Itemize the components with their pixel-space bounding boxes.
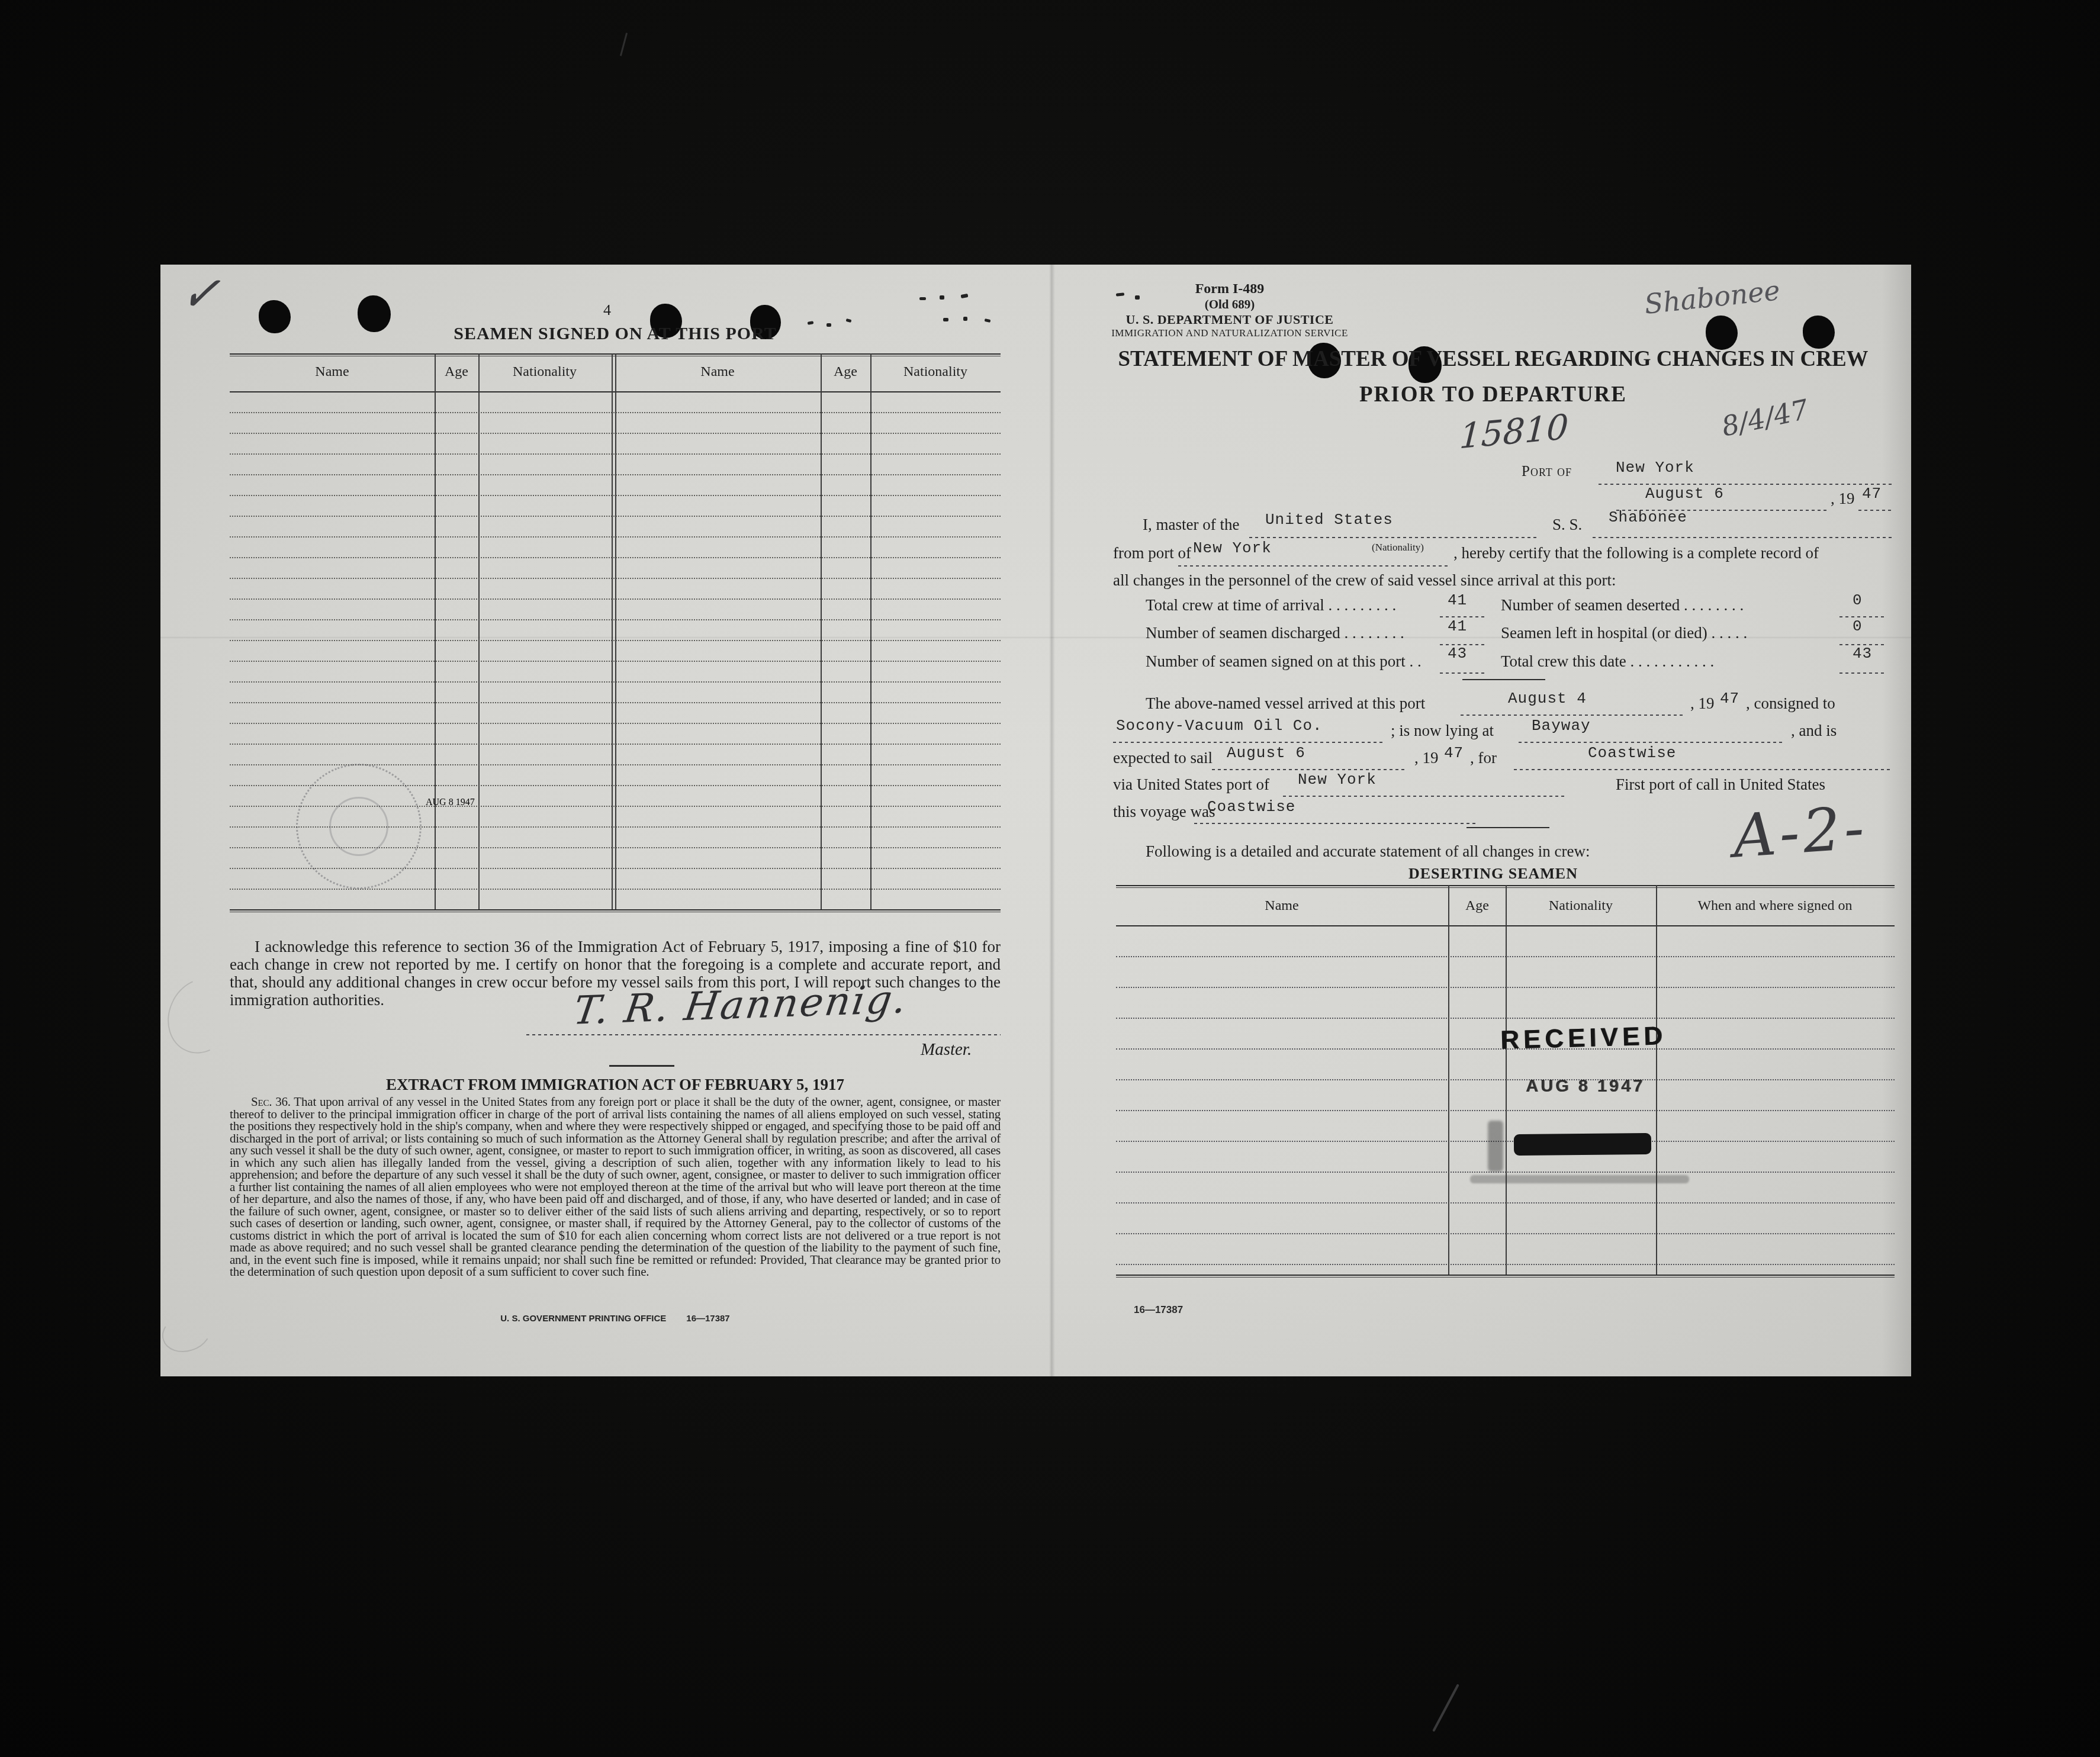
form-old-number: (Old 689) <box>1088 297 1372 312</box>
stat-label: Seamen left in hospital (or died) . . . … <box>1501 624 1747 642</box>
service-name: IMMIGRATION AND NATURALIZATION SERVICE <box>1088 327 1372 339</box>
column-header-name: Name <box>315 364 349 380</box>
column-divider <box>1448 885 1449 1276</box>
port-of-label: Port of <box>1522 464 1572 480</box>
section-divider <box>1462 679 1545 682</box>
ink-mark <box>919 297 926 300</box>
stat-line <box>1440 672 1487 674</box>
stat-value: 41 <box>1448 617 1467 635</box>
sail-destination-line <box>1514 769 1893 770</box>
ink-mark <box>985 318 991 323</box>
column-header-name: Name <box>1265 898 1298 914</box>
sail-for-label: , for <box>1470 749 1497 767</box>
form-number: Form I-489 <box>1088 281 1372 297</box>
consignee-value: Socony-Vacuum Oil Co. <box>1116 717 1323 735</box>
following-statement: Following is a detailed and accurate sta… <box>1146 842 1590 861</box>
arrived-date-line <box>1461 715 1686 716</box>
statement-title-line1: STATEMENT OF MASTER OF VESSEL REGARDING … <box>1088 346 1899 372</box>
master-role-label: Master. <box>921 1040 972 1060</box>
faded-stamp-line <box>1470 1175 1689 1183</box>
form-header-block: Form I-489 (Old 689) U. S. DEPARTMENT OF… <box>1088 281 1372 339</box>
pencil-checkmark: ✓ <box>178 258 224 328</box>
ink-mark <box>961 294 969 298</box>
right-page: Form I-489 (Old 689) U. S. DEPARTMENT OF… <box>1052 265 1911 1376</box>
stat-label: Number of seamen deserted . . . . . . . … <box>1501 596 1744 614</box>
section-divider <box>609 1065 674 1067</box>
nationality-line <box>1249 537 1539 538</box>
pencil-ship-name: Shabonee <box>1643 274 1781 320</box>
column-divider <box>1506 885 1507 1276</box>
column-header-signed-on: When and where signed on <box>1697 898 1852 914</box>
sail-destination: Coastwise <box>1588 744 1676 762</box>
master-label: I, master of the <box>1143 516 1239 534</box>
column-divider <box>435 353 436 910</box>
sail-label: expected to sail <box>1113 749 1213 767</box>
stat-value: 43 <box>1448 645 1467 662</box>
stat-value: 0 <box>1853 591 1863 609</box>
gpo-footer: U. S. GOVERNMENT PRINTING OFFICE 16—1738… <box>230 1314 1001 1324</box>
column-divider <box>821 353 822 910</box>
stat-value: 41 <box>1448 591 1467 609</box>
deserting-seamen-table: Name Age Nationality When and where sign… <box>1116 885 1895 1299</box>
table-bottom-rule <box>230 909 1001 912</box>
ss-value: Shabonee <box>1609 509 1687 526</box>
stat-line <box>1839 616 1887 617</box>
port-of-line <box>1599 484 1895 485</box>
nationality-caption: (Nationality) <box>1372 542 1424 554</box>
punch-hole <box>1803 316 1835 349</box>
stat-label: Number of seamen signed on at this port … <box>1146 652 1422 671</box>
consigned-label: , consigned to <box>1746 694 1835 713</box>
page-edge-shading <box>1882 265 1911 1376</box>
circular-stamp-inner <box>329 797 388 856</box>
from-port-line <box>1178 565 1451 567</box>
ink-mark <box>963 317 967 321</box>
left-page: ✓ 4 SEAMEN SIGNED ON AT THIS PORT Name <box>160 265 1052 1376</box>
redaction-bar <box>1514 1133 1651 1156</box>
voyage-line <box>1194 823 1478 824</box>
ink-mark <box>943 318 948 321</box>
lying-label: ; is now lying at <box>1391 722 1494 740</box>
lying-line <box>1519 742 1785 743</box>
extract-heading: EXTRACT FROM IMMIGRATION ACT OF FEBRUARY… <box>230 1076 1001 1094</box>
date-value: August 6 <box>1645 485 1724 503</box>
year-value: 47 <box>1862 485 1882 503</box>
pencil-file-number: 15810 <box>1459 407 1570 457</box>
column-header-name: Name <box>700 364 734 380</box>
gpo-code: 16—17387 <box>686 1314 729 1324</box>
from-port-label: from port of <box>1113 544 1191 562</box>
ink-mark <box>1135 295 1140 300</box>
column-header-age: Age <box>834 364 857 380</box>
section-text: That upon arrival of any vessel in the U… <box>230 1095 1001 1279</box>
ink-mark <box>846 318 852 323</box>
ss-label: S. S. <box>1552 516 1582 534</box>
pencil-a2-annotation: A-2- <box>1731 793 1870 871</box>
consignee-line <box>1113 742 1385 743</box>
stat-value: 43 <box>1853 645 1872 662</box>
gpo-imprint: U. S. GOVERNMENT PRINTING OFFICE <box>500 1314 666 1324</box>
column-header-age: Age <box>1465 898 1489 914</box>
stat-label: Total crew at time of arrival . . . . . … <box>1146 596 1396 614</box>
stat-label: Number of seamen discharged . . . . . . … <box>1146 624 1404 642</box>
via-line <box>1283 796 1567 797</box>
arrived-date: August 4 <box>1508 690 1587 707</box>
from-port-value: New York <box>1193 539 1272 557</box>
ss-line <box>1593 537 1895 538</box>
stamp-smudge <box>1488 1121 1503 1172</box>
scanned-document: ✓ 4 SEAMEN SIGNED ON AT THIS PORT Name <box>0 0 2100 1757</box>
column-header-nationality: Nationality <box>1549 898 1613 914</box>
sail-date: August 6 <box>1227 744 1305 762</box>
punch-hole <box>1706 316 1738 350</box>
port-of-value: New York <box>1616 459 1694 477</box>
form-print-code: 16—17387 <box>1134 1304 1183 1316</box>
scratch-artifact <box>620 33 628 56</box>
via-label: via United States port of <box>1113 775 1269 794</box>
paper-sheet: ✓ 4 SEAMEN SIGNED ON AT THIS PORT Name <box>160 265 1911 1376</box>
column-divider <box>1656 885 1657 1276</box>
deserting-seamen-heading: DESERTING SEAMEN <box>1088 865 1899 883</box>
via-value: New York <box>1298 771 1377 789</box>
table-bottom-rule <box>1116 1275 1895 1277</box>
column-divider <box>870 353 871 910</box>
center-divider <box>615 353 616 910</box>
sail-year-prefix: , 19 <box>1414 749 1439 767</box>
first-port-label: First port of call in United States <box>1616 775 1825 794</box>
section-divider <box>1467 827 1549 830</box>
page-number: 4 <box>603 301 611 319</box>
stat-label: Total crew this date . . . . . . . . . .… <box>1501 652 1714 671</box>
scratch-artifact <box>1432 1684 1459 1732</box>
ink-mark <box>940 295 944 300</box>
voyage-value: Coastwise <box>1207 798 1295 816</box>
left-page-title: SEAMEN SIGNED ON AT THIS PORT <box>230 324 1001 344</box>
column-divider <box>478 353 480 910</box>
arrived-year: 47 <box>1720 690 1739 707</box>
department-name: U. S. DEPARTMENT OF JUSTICE <box>1088 312 1372 327</box>
extract-body: Sec. 36. That upon arrival of any vessel… <box>230 1096 1001 1278</box>
signature-line <box>526 1034 1001 1035</box>
center-divider <box>612 353 613 910</box>
column-header-age: Age <box>445 364 468 380</box>
received-stamp: RECEIVED <box>1500 1021 1667 1055</box>
column-header-nationality: Nationality <box>903 364 967 380</box>
column-header-nationality: Nationality <box>513 364 577 380</box>
and-is-label: , and is <box>1791 722 1837 740</box>
voyage-label: this voyage was <box>1113 803 1215 821</box>
nationality-value: United States <box>1265 511 1393 529</box>
certify-text-2: all changes in the personnel of the crew… <box>1113 571 1616 590</box>
sail-date-line <box>1212 769 1407 770</box>
pencil-scribble <box>157 1307 216 1359</box>
arrived-label: The above-named vessel arrived at this p… <box>1146 694 1425 713</box>
year-prefix: , 19 <box>1831 490 1855 508</box>
sail-year: 47 <box>1444 744 1464 762</box>
rotated-date-stamp: AUG 8 1947 <box>426 797 475 808</box>
arrived-year-prefix: , 19 <box>1690 694 1715 713</box>
received-date-stamp: AUG 8 1947 <box>1526 1077 1645 1096</box>
statement-title-line2: PRIOR TO DEPARTURE <box>1088 382 1899 407</box>
stat-value: 0 <box>1853 617 1863 635</box>
stat-line <box>1839 672 1887 674</box>
certify-text-1: , hereby certify that the following is a… <box>1453 544 1819 562</box>
lying-value: Bayway <box>1532 717 1591 735</box>
